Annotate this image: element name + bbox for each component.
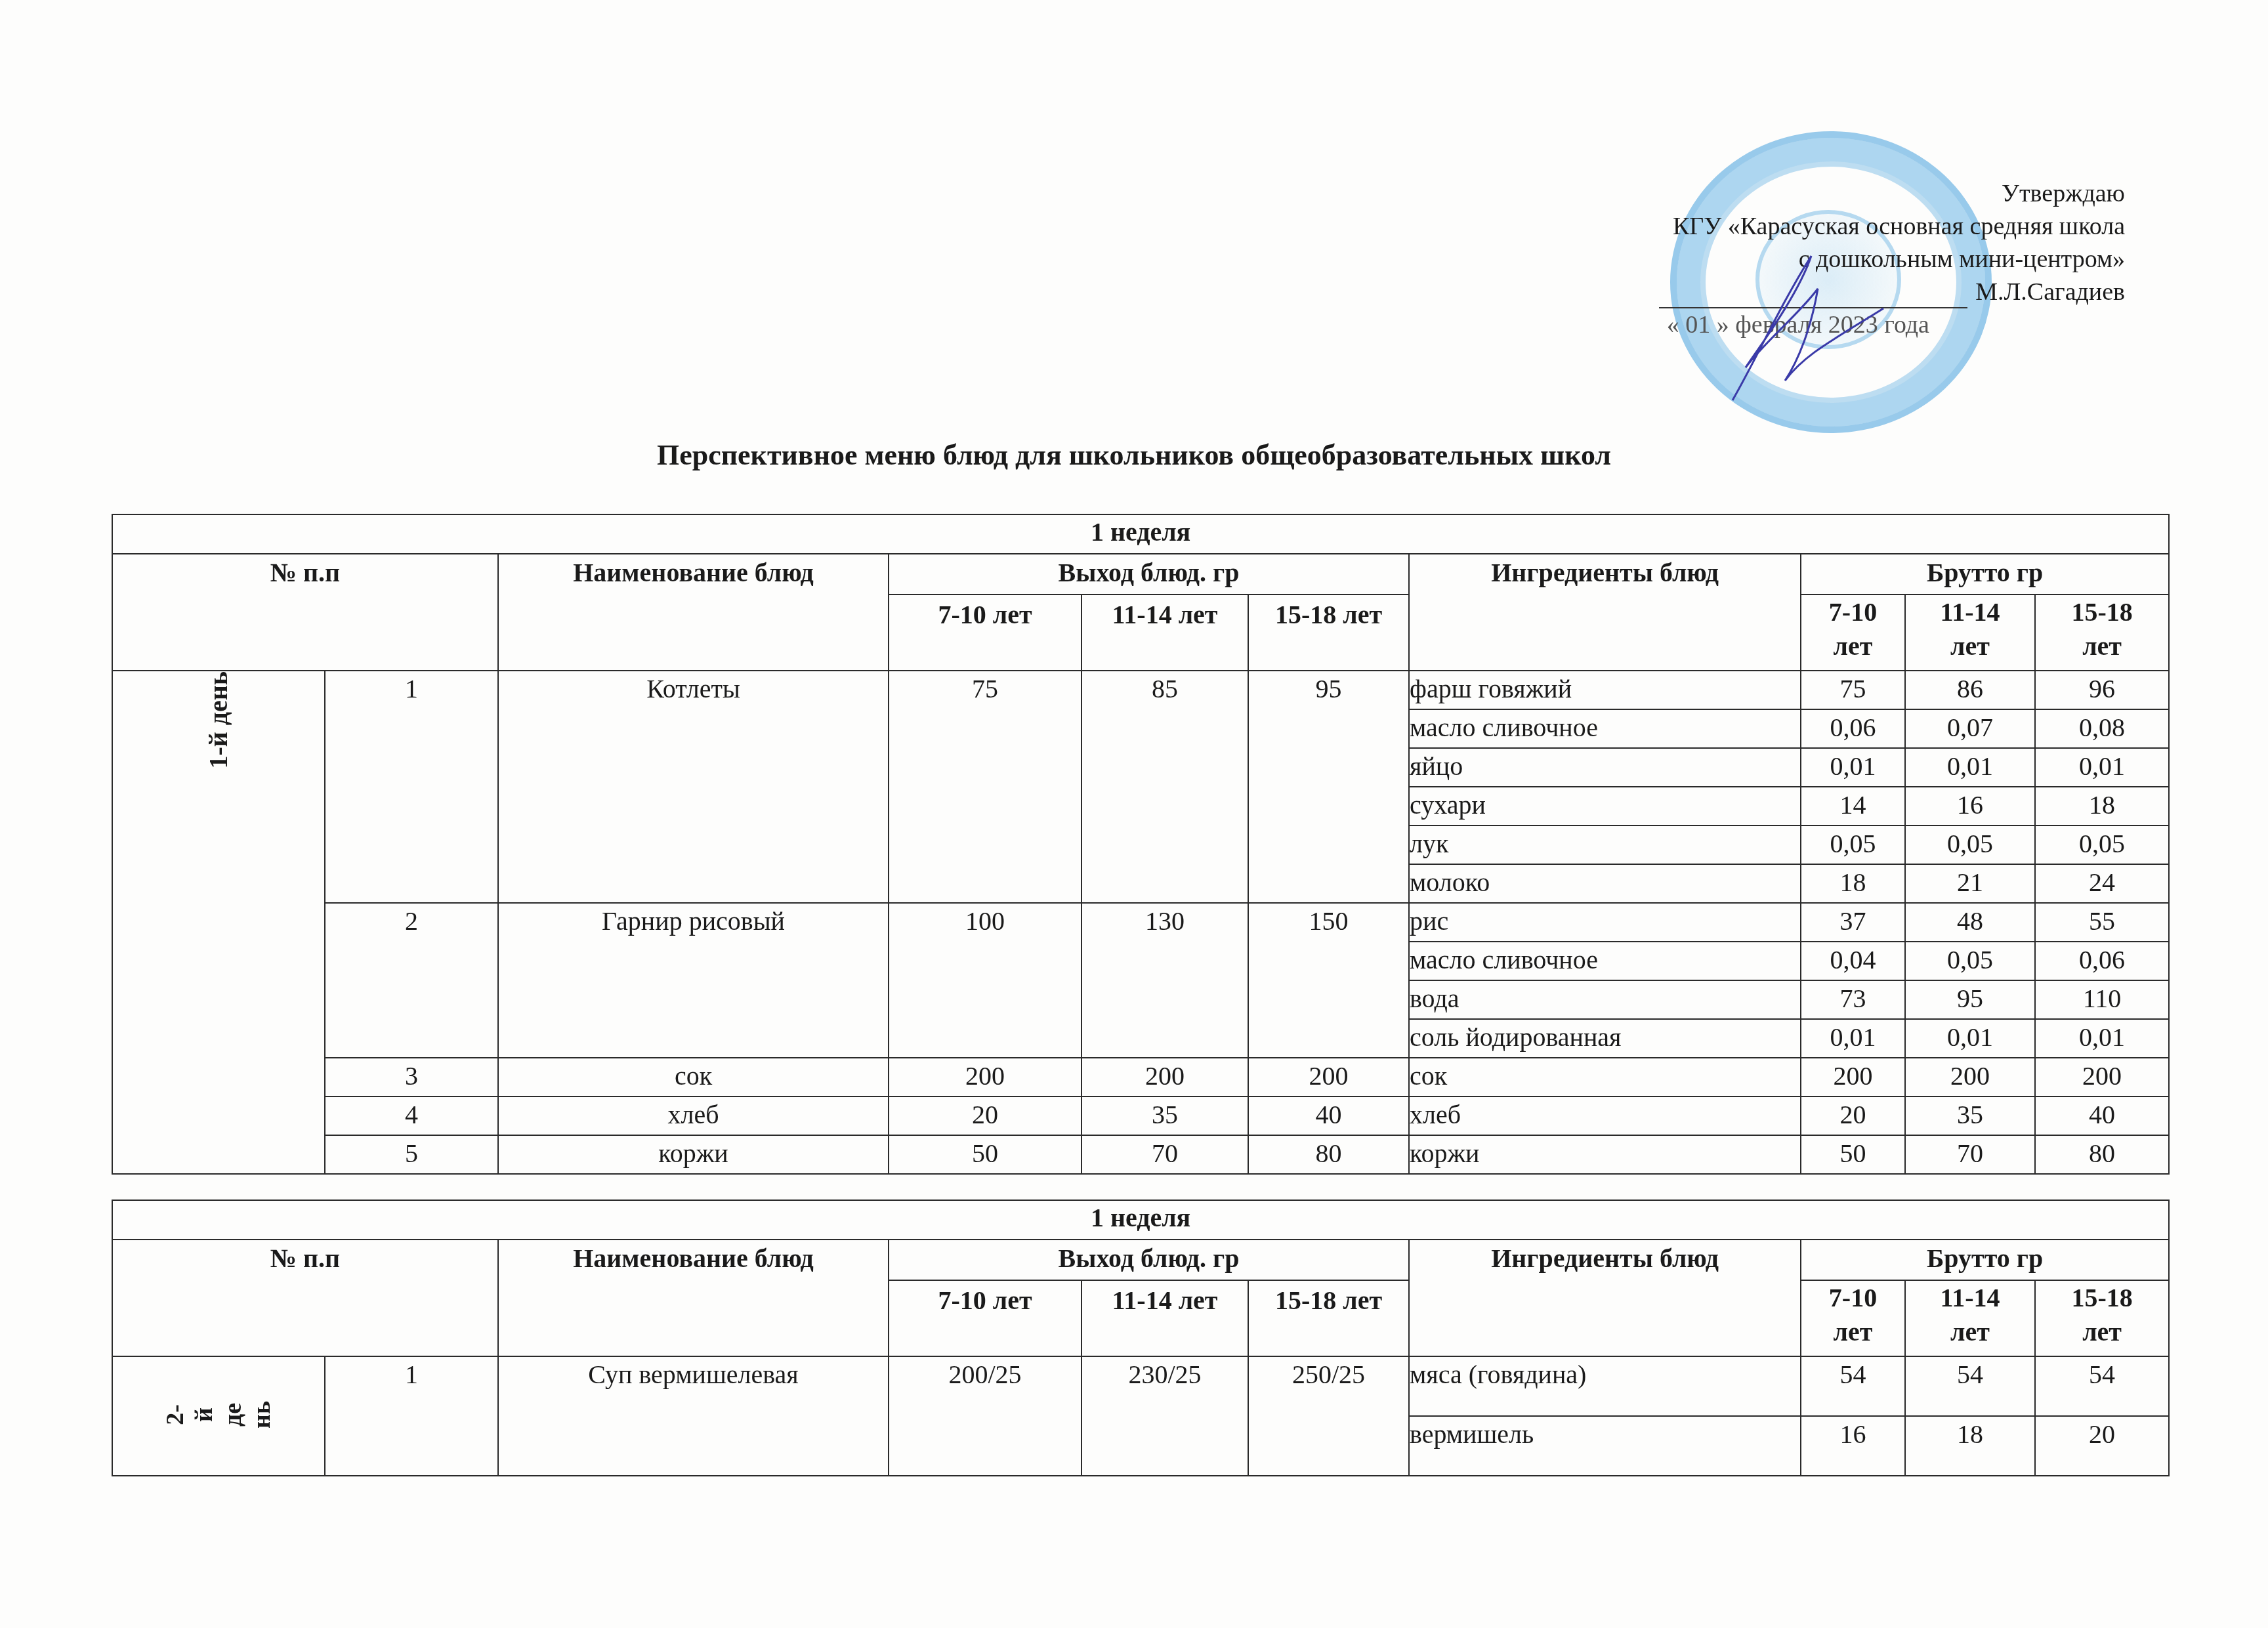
ingredient-brutto-age-3: 0,01 — [2035, 748, 2169, 787]
dish-yield-age-2: 230/25 — [1081, 1356, 1248, 1476]
dish-number: 4 — [325, 1096, 498, 1135]
dish-yield-age-2: 70 — [1081, 1135, 1248, 1174]
header-brutto: Брутто гр — [1801, 554, 2169, 595]
header-num: № п.п — [112, 554, 498, 671]
dish-number: 2 — [325, 903, 498, 1058]
menu-table-day-1: 1 неделя № п.п Наименование блюд Выход б… — [112, 514, 2170, 1175]
dish-yield-age-2: 130 — [1081, 903, 1248, 1058]
dish-yield-age-1: 200 — [889, 1058, 1081, 1096]
header-yield-age-1: 7-10 лет — [889, 1280, 1081, 1356]
ingredient-name: яйцо — [1409, 748, 1801, 787]
ingredient-name: лук — [1409, 825, 1801, 864]
ingredient-brutto-age-3: 55 — [2035, 903, 2169, 942]
ingredient-brutto-age-3: 24 — [2035, 864, 2169, 903]
ingredient-brutto-age-2: 48 — [1905, 903, 2035, 942]
ingredient-brutto-age-3: 20 — [2035, 1416, 2169, 1476]
header-yield: Выход блюд. гр — [889, 1240, 1409, 1280]
ingredient-name: мяса (говядина) — [1409, 1356, 1801, 1416]
dish-number: 5 — [325, 1135, 498, 1174]
ingredient-brutto-age-3: 96 — [2035, 671, 2169, 709]
dish-yield-age-3: 40 — [1248, 1096, 1409, 1135]
ingredient-brutto-age-3: 54 — [2035, 1356, 2169, 1416]
ingredient-brutto-age-1: 14 — [1801, 787, 1905, 825]
day-label-cell: 1-й день — [112, 671, 325, 1174]
week-header: 1 неделя — [112, 514, 2169, 554]
header-brutto-age-1: 7-10лет — [1801, 595, 1905, 671]
dish-name: Гарнир рисовый — [498, 903, 889, 1058]
dish-yield-age-3: 150 — [1248, 903, 1409, 1058]
ingredient-brutto-age-1: 50 — [1801, 1135, 1905, 1174]
week-header: 1 неделя — [112, 1200, 2169, 1240]
day-label-cell: 2- й де нь — [112, 1356, 325, 1476]
menu-table-day-2: 1 неделя № п.п Наименование блюд Выход б… — [112, 1200, 2170, 1476]
ingredient-brutto-age-2: 35 — [1905, 1096, 2035, 1135]
ingredient-brutto-age-1: 200 — [1801, 1058, 1905, 1096]
header-num: № п.п — [112, 1240, 498, 1356]
ingredient-brutto-age-3: 0,05 — [2035, 825, 2169, 864]
ingredient-name: рис — [1409, 903, 1801, 942]
table-row: 1-й день1Котлеты758595фарш говяжий758696 — [112, 671, 2169, 709]
ingredient-brutto-age-3: 80 — [2035, 1135, 2169, 1174]
ingredient-brutto-age-2: 95 — [1905, 980, 2035, 1019]
ingredient-brutto-age-2: 21 — [1905, 864, 2035, 903]
header-yield: Выход блюд. гр — [889, 554, 1409, 595]
ingredient-brutto-age-1: 54 — [1801, 1356, 1905, 1416]
dish-yield-age-3: 95 — [1248, 671, 1409, 903]
ingredient-brutto-age-3: 0,06 — [2035, 942, 2169, 980]
dish-name: Котлеты — [498, 671, 889, 903]
ingredient-brutto-age-2: 0,05 — [1905, 825, 2035, 864]
header-brutto-age-3: 15-18лет — [2035, 595, 2169, 671]
header-brutto: Брутто гр — [1801, 1240, 2169, 1280]
dish-yield-age-2: 85 — [1081, 671, 1248, 903]
header-yield-age-3: 15-18 лет — [1248, 595, 1409, 671]
ingredient-brutto-age-2: 70 — [1905, 1135, 2035, 1174]
dish-number: 1 — [325, 1356, 498, 1476]
dish-yield-age-1: 50 — [889, 1135, 1081, 1174]
signature — [1719, 236, 1890, 407]
approve-label: Утверждаю — [1659, 177, 2125, 210]
ingredient-name: масло сливочное — [1409, 942, 1801, 980]
ingredient-brutto-age-2: 200 — [1905, 1058, 2035, 1096]
header-yield-age-2: 11-14 лет — [1081, 1280, 1248, 1356]
header-yield-age-1: 7-10 лет — [889, 595, 1081, 671]
ingredient-brutto-age-3: 40 — [2035, 1096, 2169, 1135]
ingredient-brutto-age-2: 0,01 — [1905, 1019, 2035, 1058]
header-brutto-age-1: 7-10лет — [1801, 1280, 1905, 1356]
ingredient-brutto-age-1: 20 — [1801, 1096, 1905, 1135]
ingredient-brutto-age-3: 110 — [2035, 980, 2169, 1019]
ingredient-name: вода — [1409, 980, 1801, 1019]
dish-yield-age-3: 200 — [1248, 1058, 1409, 1096]
ingredient-name: сухари — [1409, 787, 1801, 825]
ingredient-brutto-age-1: 0,01 — [1801, 1019, 1905, 1058]
ingredient-name: вермишель — [1409, 1416, 1801, 1476]
ingredient-brutto-age-1: 75 — [1801, 671, 1905, 709]
ingredient-brutto-age-2: 54 — [1905, 1356, 2035, 1416]
header-ingredients: Ингредиенты блюд — [1409, 1240, 1801, 1356]
table-row: 4хлеб203540хлеб203540 — [112, 1096, 2169, 1135]
table-row: 3сок200200200сок200200200 — [112, 1058, 2169, 1096]
header-dish-name: Наименование блюд — [498, 554, 889, 671]
dish-number: 3 — [325, 1058, 498, 1096]
dish-yield-age-1: 20 — [889, 1096, 1081, 1135]
ingredient-name: сок — [1409, 1058, 1801, 1096]
dish-yield-age-1: 100 — [889, 903, 1081, 1058]
ingredient-name: фарш говяжий — [1409, 671, 1801, 709]
ingredient-brutto-age-2: 86 — [1905, 671, 2035, 709]
ingredient-brutto-age-1: 0,06 — [1801, 709, 1905, 748]
ingredient-brutto-age-2: 0,07 — [1905, 709, 2035, 748]
document-title: Перспективное меню блюд для школьников о… — [0, 438, 2268, 472]
ingredient-brutto-age-1: 37 — [1801, 903, 1905, 942]
dish-number: 1 — [325, 671, 498, 903]
ingredient-brutto-age-2: 18 — [1905, 1416, 2035, 1476]
ingredient-brutto-age-1: 0,05 — [1801, 825, 1905, 864]
ingredient-brutto-age-2: 0,05 — [1905, 942, 2035, 980]
ingredient-brutto-age-3: 200 — [2035, 1058, 2169, 1096]
ingredient-brutto-age-1: 0,01 — [1801, 748, 1905, 787]
ingredient-name: молоко — [1409, 864, 1801, 903]
header-brutto-age-3: 15-18лет — [2035, 1280, 2169, 1356]
table-row: 2Гарнир рисовый100130150рис374855 — [112, 903, 2169, 942]
header-dish-name: Наименование блюд — [498, 1240, 889, 1356]
ingredient-brutto-age-3: 0,08 — [2035, 709, 2169, 748]
ingredient-brutto-age-2: 16 — [1905, 787, 2035, 825]
header-brutto-age-2: 11-14лет — [1905, 595, 2035, 671]
header-yield-age-2: 11-14 лет — [1081, 595, 1248, 671]
table-row: 5коржи507080коржи507080 — [112, 1135, 2169, 1174]
dish-yield-age-2: 35 — [1081, 1096, 1248, 1135]
ingredient-brutto-age-2: 0,01 — [1905, 748, 2035, 787]
dish-name: коржи — [498, 1135, 889, 1174]
ingredient-brutto-age-1: 18 — [1801, 864, 1905, 903]
dish-name: Суп вермишелевая — [498, 1356, 889, 1476]
ingredient-brutto-age-3: 18 — [2035, 787, 2169, 825]
ingredient-name: соль йодированная — [1409, 1019, 1801, 1058]
dish-name: хлеб — [498, 1096, 889, 1135]
dish-yield-age-3: 80 — [1248, 1135, 1409, 1174]
day-label: 2- й де нь — [161, 1401, 276, 1429]
header-yield-age-3: 15-18 лет — [1248, 1280, 1409, 1356]
header-brutto-age-2: 11-14лет — [1905, 1280, 2035, 1356]
ingredient-name: масло сливочное — [1409, 709, 1801, 748]
header-ingredients: Ингредиенты блюд — [1409, 554, 1801, 671]
ingredient-brutto-age-1: 0,04 — [1801, 942, 1905, 980]
dish-yield-age-1: 75 — [889, 671, 1081, 903]
dish-yield-age-3: 250/25 — [1248, 1356, 1409, 1476]
table-row: 2- й де нь1Суп вермишелевая200/25230/252… — [112, 1356, 2169, 1416]
ingredient-name: коржи — [1409, 1135, 1801, 1174]
ingredient-brutto-age-1: 73 — [1801, 980, 1905, 1019]
signatory-name: М.Л.Сагадиев — [1975, 276, 2125, 308]
dish-yield-age-2: 200 — [1081, 1058, 1248, 1096]
dish-name: сок — [498, 1058, 889, 1096]
dish-yield-age-1: 200/25 — [889, 1356, 1081, 1476]
ingredient-brutto-age-3: 0,01 — [2035, 1019, 2169, 1058]
day-label: 1-й день — [201, 671, 236, 769]
ingredient-name: хлеб — [1409, 1096, 1801, 1135]
ingredient-brutto-age-1: 16 — [1801, 1416, 1905, 1476]
